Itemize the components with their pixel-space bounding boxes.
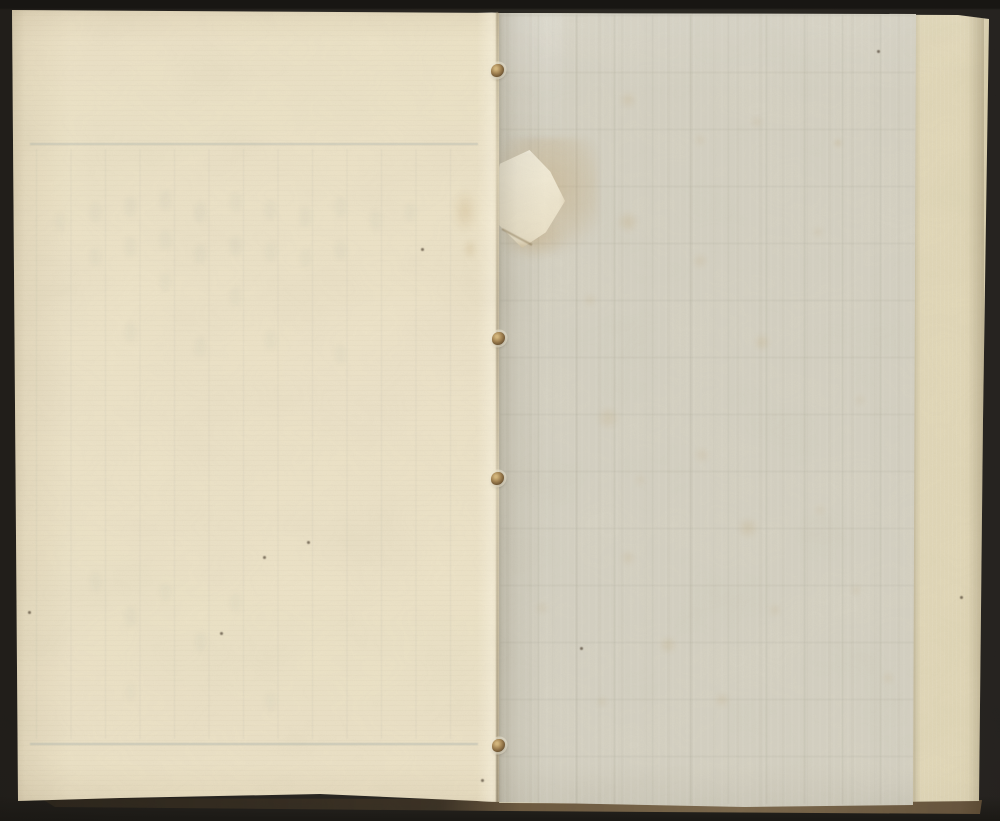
foxing-spot [714,692,730,708]
book-photograph: Photograph of an open traditional stab-b… [0,0,1000,821]
flyleaf-overlap-shadow [913,13,921,805]
foxing-spot [535,601,549,615]
gutter-shadow-right [499,13,545,803]
ghost-character-smudge [55,212,66,232]
foxing-spot [694,447,710,463]
foxing-spot [925,295,935,305]
foxing-spot [617,211,639,233]
vignette-overlay [0,0,1000,821]
paper-speck [307,541,310,544]
foxing-spot [596,406,620,430]
gutter-highlight-left [477,12,498,802]
ghost-character-smudge [265,200,276,220]
book-bottom-edge [0,0,1000,821]
binding-stitch [491,472,504,485]
ghost-character-smudge [90,572,101,592]
ghost-character-smudge [90,202,101,222]
right-page-grid-pattern [500,15,915,804]
foxing-spot [620,550,636,566]
foxing-spot [737,517,759,539]
foxing-spot [583,293,597,307]
ghost-character-smudge [160,272,171,292]
foxing-spot [768,603,782,617]
foxing-spot [634,474,646,486]
patch-stain [486,138,598,256]
bleedthrough-ghost-text-layer [30,145,478,743]
paper-speck [481,779,484,782]
binding-stitch [492,739,505,752]
foxing-spot [850,584,862,596]
foxing-spot [814,504,826,516]
paper-texture-overlay [0,0,1000,821]
ghost-character-smudge [125,197,136,217]
ghost-character-smudge [230,236,241,256]
ghost-character-smudge [265,242,276,262]
bleedthrough-column-rules [36,149,470,739]
foxing-spot [753,333,771,351]
right-edge-flyleaf [0,0,1000,821]
foxing-spot [659,636,677,654]
paper-specks-layer [0,0,1000,821]
paper-speck [421,248,424,251]
paper-speck [263,556,266,559]
paper-speck [220,632,223,635]
photo-description: Photograph of an open traditional stab-b… [0,0,1,1]
ghost-character-smudge [335,197,346,217]
paper-speck [28,611,31,614]
flyleaf-right-edge-shading [968,15,984,805]
foxing-spot [694,134,706,146]
binding-stitches [0,0,1000,821]
foxing-spot [596,696,608,708]
paper-speck [960,596,963,599]
paper-speck [580,647,583,650]
binding-stitch [492,332,505,345]
ghost-character-smudge [160,190,171,210]
ghost-character-smudge [195,202,206,222]
paper-repair-patch [494,150,568,248]
foxing-spot [930,515,940,525]
ghost-character-smudge [265,330,276,350]
ghost-character-smudge [335,344,346,364]
left-page-bleedthrough-frame [30,143,478,745]
ghost-character-smudge [230,287,241,307]
ghost-character-smudge [405,202,416,222]
photo-background [0,0,1000,821]
ghost-character-smudge [230,592,241,612]
foxing-spot [854,394,866,406]
gutter-stain [462,238,478,260]
patch-crease-line [502,228,533,246]
foxing-spot [751,116,763,128]
foxing-spot [692,253,708,269]
ghost-character-smudge [195,337,206,357]
spine-crease [496,12,499,803]
ghost-character-smudge [125,322,136,342]
ghost-character-smudge [125,607,136,627]
paper-speck [877,50,880,53]
ghost-character-smudge [230,192,241,212]
ghost-character-smudge [125,237,136,257]
ghost-character-smudge [160,582,171,602]
foxing-spot [935,695,945,705]
ghost-character-smudge [195,632,206,652]
ghost-character-smudge [300,248,311,268]
gutter-stain [452,188,478,234]
left-page [0,0,1000,821]
ghost-character-smudge [160,230,171,250]
ghost-character-smudge [370,210,381,230]
foxing-spot [945,145,955,155]
ghost-character-smudge [265,692,276,712]
foxing-spot [834,139,842,147]
patch-stain [497,215,567,261]
right-page [0,0,1000,821]
ghost-character-smudge [90,247,101,267]
foxing-spot [619,91,637,109]
foxing-spot [812,226,824,238]
ghost-character-smudge [335,240,346,260]
foxing-layer [0,0,1000,821]
ghost-character-smudge [125,682,136,702]
ghost-character-smudge [195,244,206,264]
foxing-spot [882,672,894,684]
binding-stitch [491,64,504,77]
right-page-top-highlight [502,14,562,154]
ghost-character-smudge [300,207,311,227]
